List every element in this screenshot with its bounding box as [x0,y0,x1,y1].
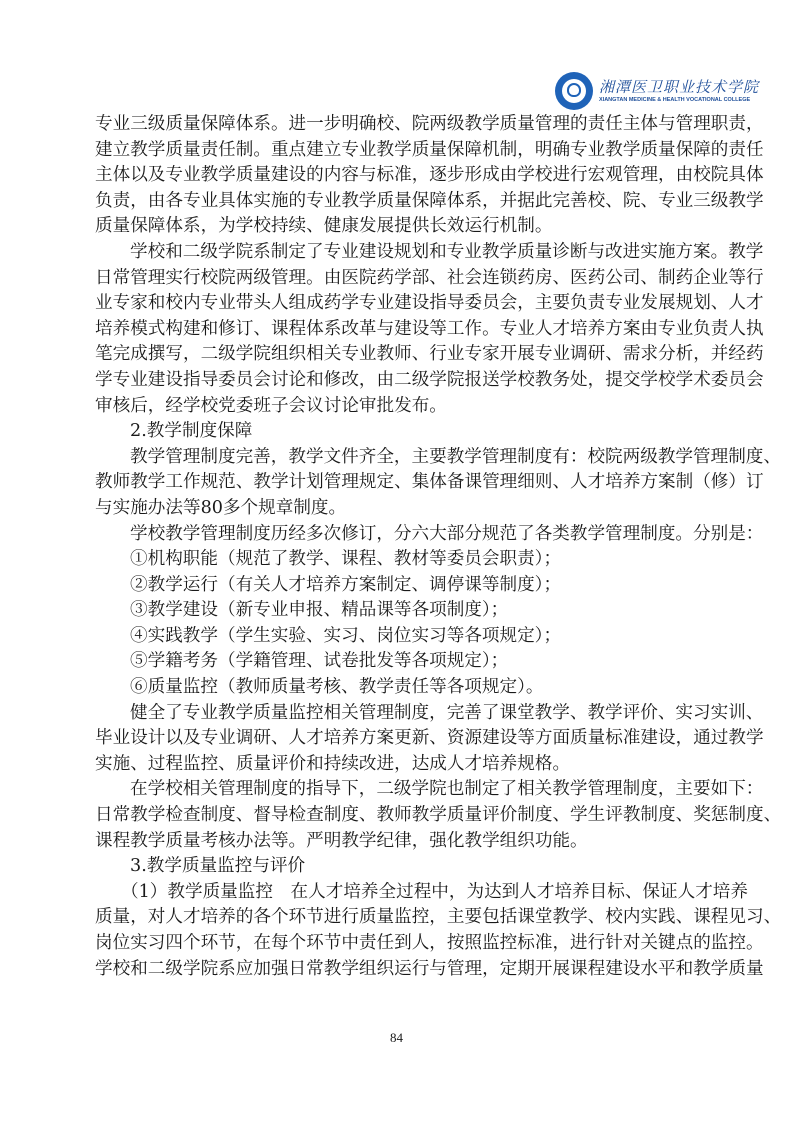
text-line: 教师教学工作规范、教学计划管理规定、集体备课管理细则、人才培养方案制（修）订 [95,470,703,496]
text-line: ③教学建设（新专业申报、精品课等各项制度）； [95,598,703,624]
text-line: 实施、过程监控、质量评价和持续改进，达成人才培养规格。 [95,752,703,778]
text-line: 毕业设计以及专业调研、人才培养方案更新、资源建设等方面质量标准建设，通过教学 [95,726,703,752]
text-line: 负责，由各专业具体实施的专业教学质量保障体系，并据此完善校、院、专业三级教学 [95,189,703,215]
text-line: 课程教学质量考核办法等。严明教学纪律，强化教学组织功能。 [95,829,703,855]
college-logo: 湘潭医卫职业技术学院 XIANGTAN MEDICINE & HEALTH VO… [555,72,755,112]
text-line: 培养模式构建和修订、课程体系改革与建设等工作。专业人才培养方案由专业负责人执 [95,317,703,343]
text-line: ①机构职能（规范了教学、课程、教材等委员会职责）； [95,547,703,573]
college-name-en: XIANGTAN MEDICINE & HEALTH VOCATIONAL CO… [599,97,750,103]
text-line: 审核后，经学校党委班子会议讨论审批发布。 [95,394,703,420]
text-line: 业专家和校内专业带头人组成药学专业建设指导委员会，主要负责专业发展规划、人才 [95,291,703,317]
text-line: 主体以及专业教学质量建设的内容与标准，逐步形成由学校进行宏观管理，由校院具体 [95,163,703,189]
text-line: 学校和二级学院系制定了专业建设规划和专业教学质量诊断与改进实施方案。教学 [95,240,703,266]
text-line: ④实践教学（学生实验、实习、岗位实习等各项规定）； [95,624,703,650]
text-line: ⑤学籍考务（学籍管理、试卷批发等各项规定）； [95,649,703,675]
document-body: 专业三级质量保障体系。进一步明确校、院两级教学质量管理的责任主体与管理职责，建立… [95,112,703,982]
text-line: 建立教学质量责任制。重点建立专业教学质量保障机制，明确专业教学质量保障的责任 [95,138,703,164]
text-line: （1）教学质量监控 在人才培养全过程中，为达到人才培养目标、保证人才培养 [95,880,703,906]
text-line: 专业三级质量保障体系。进一步明确校、院两级教学质量管理的责任主体与管理职责， [95,112,703,138]
text-line: 笔完成撰写，二级学院组织相关专业教师、行业专家开展专业调研、需求分析，并经药 [95,342,703,368]
text-line: 学专业建设指导委员会讨论和修改，由二级学院报送学校教务处，提交学校学术委员会 [95,368,703,394]
text-line: 日常教学检查制度、督导检查制度、教师教学质量评价制度、学生评教制度、奖惩制度、 [95,803,703,829]
text-line: 学校教学管理制度历经多次修订，分六大部分规范了各类教学管理制度。分别是： [95,522,703,548]
text-line: 教学管理制度完善，教学文件齐全，主要教学管理制度有：校院两级教学管理制度、 [95,445,703,471]
text-line: 质量保障体系，为学校持续、健康发展提供长效运行机制。 [95,214,703,240]
text-line: ②教学运行（有关人才培养方案制定、调停课等制度）； [95,573,703,599]
text-line: 日常管理实行校院两级管理。由医院药学部、社会连锁药房、医药公司、制药企业等行 [95,266,703,292]
text-line: 在学校相关管理制度的指导下，二级学院也制定了相关教学管理制度，主要如下： [95,777,703,803]
text-line: 岗位实习四个环节，在每个环节中责任到人，按照监控标准，进行针对关键点的监控。 [95,931,703,957]
college-emblem-icon [555,72,593,110]
text-line: 与实施办法等80多个规章制度。 [95,496,703,522]
page-number: 84 [0,1030,793,1046]
text-line: 质量，对人才培养的各个环节进行质量监控，主要包括课堂教学、校内实践、课程见习、 [95,905,703,931]
text-line: ⑥质量监控（教师质量考核、教学责任等各项规定）。 [95,675,703,701]
text-line: 健全了专业教学质量监控相关管理制度，完善了课堂教学、教学评价、实习实训、 [95,701,703,727]
text-line: 2.教学制度保障 [95,419,703,445]
college-name-cn: 湘潭医卫职业技术学院 [599,76,759,97]
text-line: 学校和二级学院系应加强日常教学组织运行与管理，定期开展课程建设水平和教学质量 [95,957,703,983]
text-line: 3.教学质量监控与评价 [95,854,703,880]
